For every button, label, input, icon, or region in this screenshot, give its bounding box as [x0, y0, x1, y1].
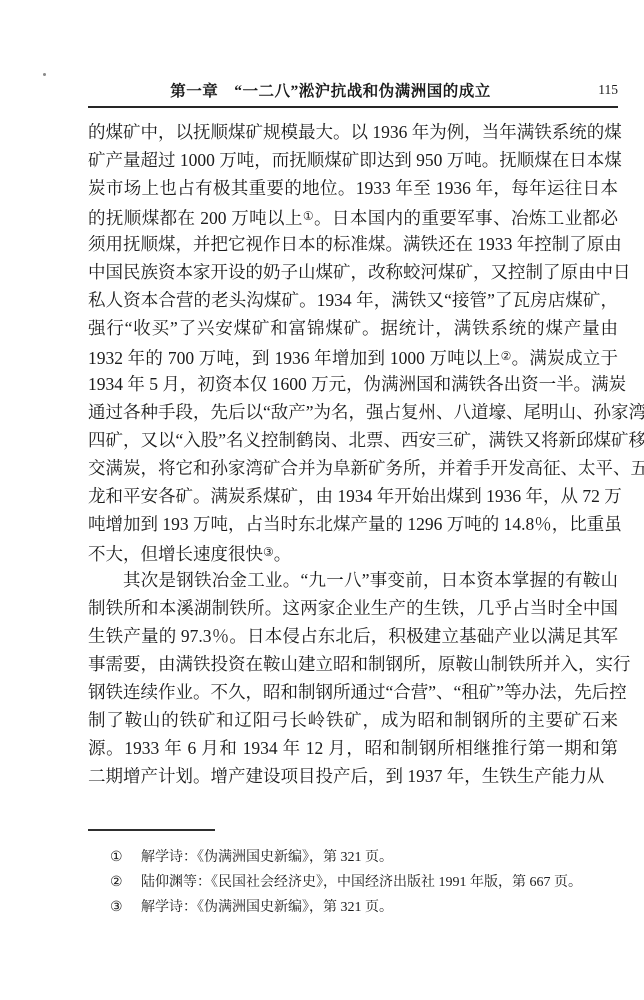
text-line: 矿产量超过 1000 万吨，而抚顺煤矿即达到 950 万吨。抚顺煤在日本煤	[88, 146, 618, 174]
text-line: 钢铁连续作业。不久，昭和制钢所通过“合营”、“租矿”等办法，先后控	[88, 678, 618, 706]
footnote-marker: ①	[110, 845, 132, 870]
paragraph: 的煤矿中，以抚顺煤矿规模最大。以 1936 年为例，当年满铁系统的煤矿产量超过 …	[88, 118, 618, 566]
text-line: 1932 年的 700 万吨，到 1936 年增加到 1000 万吨以上②。满炭…	[88, 342, 618, 370]
text-line: 交满炭，将它和孙家湾矿合并为阜新矿务所，并着手开发高征、太平、五	[88, 454, 618, 482]
footnote-text: 解学诗：《伪满洲国史新编》，第 321 页。	[141, 895, 624, 920]
footnotes: ①解学诗：《伪满洲国史新编》，第 321 页。②陆仰渊等：《民国社会经济史》，中…	[110, 845, 624, 920]
text-line: 强行“收买”了兴安煤矿和富锦煤矿。据统计，满铁系统的煤产量由	[88, 314, 618, 342]
page-number: 115	[573, 82, 618, 98]
footnote-marker: ②	[110, 870, 132, 895]
paragraph: 其次是钢铁冶金工业。“九一八”事变前，日本资本掌握的有鞍山制铁所和本溪湖制铁所。…	[88, 566, 618, 790]
footnote-marker: ③	[110, 895, 132, 920]
text-line: 炭市场上也占有极其重要的地位。1933 年至 1936 年，每年运往日本	[88, 174, 618, 202]
text-line: 制铁所和本溪湖制铁所。这两家企业生产的生铁，几乎占当时全中国	[88, 594, 618, 622]
footnote-reference: ②	[501, 349, 512, 363]
book-page: 第一章 “一二八”淞沪抗战和伪满洲国的成立 115 的煤矿中，以抚顺煤矿规模最大…	[0, 0, 644, 1000]
footnote-item: ③解学诗：《伪满洲国史新编》，第 321 页。	[110, 895, 624, 920]
text-line: 四矿，又以“入股”名义控制鹤岗、北票、西安三矿，满铁又将新邱煤矿移	[88, 426, 618, 454]
text-line: 通过各种手段，先后以“敌产”为名，强占复州、八道壕、尾明山、孙家湾	[88, 398, 618, 426]
footnote-separator	[88, 829, 215, 831]
text-line: 中国民族资本家开设的奶子山煤矿，改称蛟河煤矿，又控制了原由中日	[88, 258, 618, 286]
chapter-title: 第一章 “一二八”淞沪抗战和伪满洲国的成立	[88, 79, 573, 101]
text-line: 的煤矿中，以抚顺煤矿规模最大。以 1936 年为例，当年满铁系统的煤	[88, 118, 618, 146]
footnote-reference: ③	[263, 545, 274, 559]
text-line: 源。1933 年 6 月和 1934 年 12 月，昭和制钢所相继推行第一期和第	[88, 734, 618, 762]
text-line: 制了鞍山的铁矿和辽阳弓长岭铁矿，成为昭和制钢所的主要矿石来	[88, 706, 618, 734]
text-line: 的抚顺煤都在 200 万吨以上①。日本国内的重要军事、冶炼工业都必	[88, 202, 618, 230]
footnote-item: ①解学诗：《伪满洲国史新编》，第 321 页。	[110, 845, 624, 870]
scan-speck	[43, 73, 46, 76]
footnote-text: 解学诗：《伪满洲国史新编》，第 321 页。	[141, 845, 624, 870]
text-line: 二期增产计划。增产建设项目投产后，到 1937 年，生铁生产能力从	[88, 762, 618, 790]
text-line: 龙和平安各矿。满炭系煤矿，由 1934 年开始出煤到 1936 年，从 72 万	[88, 482, 618, 510]
text-line: 吨增加到 193 万吨，占当时东北煤产量的 1296 万吨的 14.8％，比重虽	[88, 510, 618, 538]
text-line: 1934 年 5 月，初资本仅 1600 万元，伪满洲国和满铁各出资一半。满炭	[88, 370, 618, 398]
body-text: 的煤矿中，以抚顺煤矿规模最大。以 1936 年为例，当年满铁系统的煤矿产量超过 …	[88, 118, 618, 790]
footnote-text: 陆仰渊等：《民国社会经济史》，中国经济出版社 1991 年版，第 667 页。	[141, 870, 624, 895]
text-line: 其次是钢铁冶金工业。“九一八”事变前，日本资本掌握的有鞍山	[88, 566, 618, 594]
text-line: 须用抚顺煤，并把它视作日本的标准煤。满铁还在 1933 年控制了原由	[88, 230, 618, 258]
text-line: 生铁产量的 97.3％。日本侵占东北后，积极建立基础产业以满足其军	[88, 622, 618, 650]
running-header: 第一章 “一二八”淞沪抗战和伪满洲国的成立 115	[88, 79, 618, 101]
footnote-reference: ①	[303, 209, 314, 223]
footnote-item: ②陆仰渊等：《民国社会经济史》，中国经济出版社 1991 年版，第 667 页。	[110, 870, 624, 895]
text-line: 事需要，由满铁投资在鞍山建立昭和制钢所，原鞍山制铁所并入，实行	[88, 650, 618, 678]
header-rule	[88, 106, 618, 108]
text-line: 私人资本合营的老头沟煤矿。1934 年，满铁又“接管”了瓦房店煤矿，	[88, 286, 618, 314]
text-line: 不大，但增长速度很快③。	[88, 538, 618, 566]
